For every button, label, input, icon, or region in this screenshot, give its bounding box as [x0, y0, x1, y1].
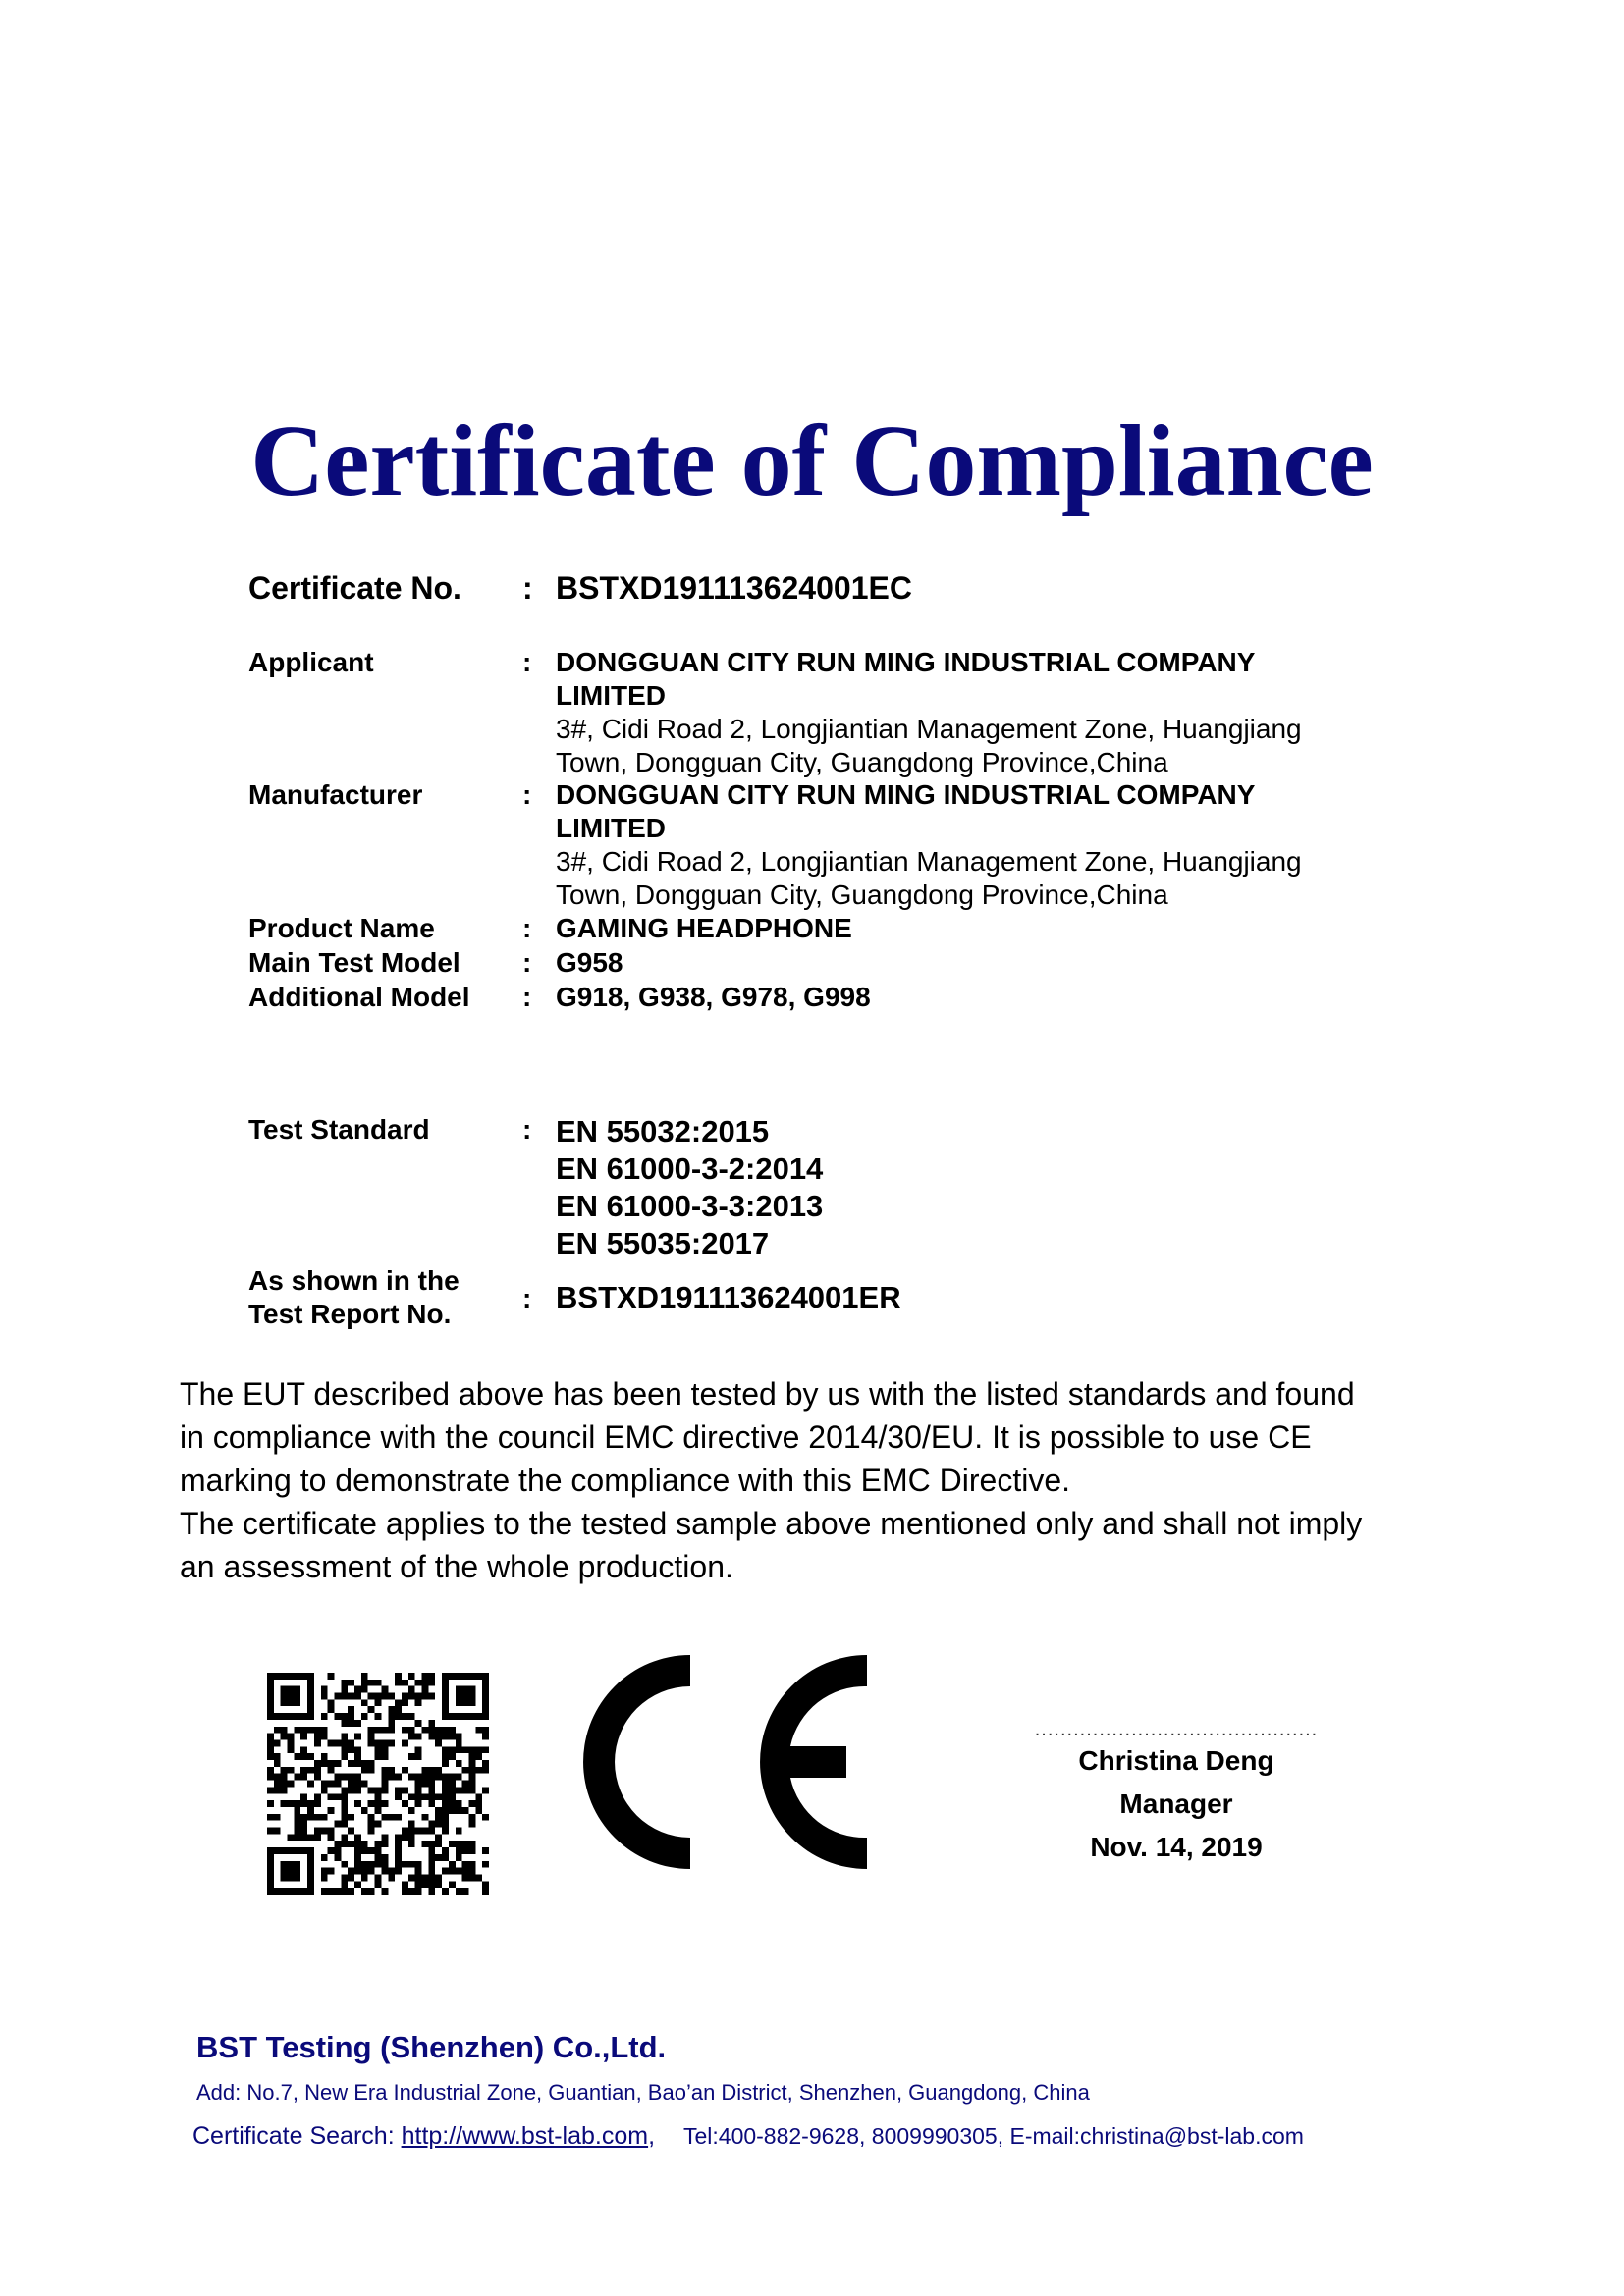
separator: :	[522, 1113, 531, 1147]
manufacturer-address-line1: 3#, Cidi Road 2, Longjiantian Management…	[556, 845, 1371, 879]
signature-date: Nov. 14, 2019	[1029, 1826, 1324, 1869]
separator: :	[522, 1282, 531, 1315]
statement-line: an assessment of the whole production.	[180, 1545, 1456, 1588]
statement-line: marking to demonstrate the compliance wi…	[180, 1459, 1456, 1502]
applicant-label: Applicant	[248, 646, 514, 679]
product-name-value: GAMING HEADPHONE	[556, 912, 1371, 945]
certificate-search-label: Certificate Search:	[192, 2122, 395, 2150]
separator: :	[522, 571, 533, 605]
separator: :	[522, 946, 531, 980]
test-standard-label: Test Standard	[248, 1113, 514, 1147]
test-standard-row: Test Standard : EN 55032:2015 EN 61000-3…	[248, 1113, 1427, 1270]
issuer-address: Add: No.7, New Era Industrial Zone, Guan…	[196, 2080, 1090, 2106]
test-report-label-line2: Test Report No.	[248, 1298, 514, 1331]
test-report-value: BSTXD191113624001ER	[556, 1279, 1371, 1316]
manufacturer-name-line2: LIMITED	[556, 812, 1371, 845]
additional-model-row: Additional Model : G918, G938, G978, G99…	[248, 981, 1427, 1014]
product-name-label: Product Name	[248, 912, 514, 945]
signature-line: ........................................…	[1029, 1720, 1324, 1739]
manufacturer-row: Manufacturer : DONGGUAN CITY RUN MING IN…	[248, 778, 1427, 916]
additional-model-label: Additional Model	[248, 981, 514, 1014]
statement-line: in compliance with the council EMC direc…	[180, 1415, 1456, 1459]
signatory-name: Christina Deng	[1029, 1739, 1324, 1783]
test-report-label: As shown in the Test Report No.	[248, 1264, 514, 1331]
ce-mark-icon	[574, 1655, 874, 1869]
manufacturer-value: DONGGUAN CITY RUN MING INDUSTRIAL COMPAN…	[556, 778, 1371, 912]
certificate-no-label: Certificate No.	[248, 571, 514, 605]
certificate-search: Certificate Search: http://www.bst-lab.c…	[192, 2122, 1304, 2151]
applicant-row: Applicant : DONGGUAN CITY RUN MING INDUS…	[248, 646, 1427, 783]
test-standard-item: EN 55035:2017	[556, 1225, 1371, 1262]
statement-line: The certificate applies to the tested sa…	[180, 1502, 1456, 1545]
manufacturer-label: Manufacturer	[248, 778, 514, 812]
certificate-no-value: BSTXD191113624001EC	[556, 571, 1371, 605]
statement-line: The EUT described above has been tested …	[180, 1372, 1456, 1415]
manufacturer-address-line2: Town, Dongguan City, Guangdong Province,…	[556, 879, 1371, 912]
product-name-row: Product Name : GAMING HEADPHONE	[248, 912, 1427, 945]
test-report-label-line1: As shown in the	[248, 1264, 514, 1298]
test-report-row: As shown in the Test Report No. : BSTXD1…	[248, 1264, 1427, 1333]
test-standard-item: EN 61000-3-2:2014	[556, 1150, 1371, 1188]
additional-model-value: G918, G938, G978, G998	[556, 981, 1371, 1014]
test-standard-list: EN 55032:2015 EN 61000-3-2:2014 EN 61000…	[556, 1113, 1371, 1262]
link-suffix: ,	[648, 2122, 655, 2150]
compliance-statement: The EUT described above has been tested …	[180, 1372, 1456, 1588]
test-standard-item: EN 55032:2015	[556, 1113, 1371, 1150]
applicant-name-line2: LIMITED	[556, 679, 1371, 713]
certificate-search-link[interactable]: http://www.bst-lab.com	[402, 2122, 648, 2150]
issuer-company: BST Testing (Shenzhen) Co.,Ltd.	[196, 2030, 666, 2065]
signature-block: ........................................…	[1029, 1720, 1324, 1869]
main-model-label: Main Test Model	[248, 946, 514, 980]
separator: :	[522, 646, 531, 679]
signatory-title: Manager	[1029, 1783, 1324, 1826]
qr-code-icon	[267, 1673, 489, 1895]
main-model-row: Main Test Model : G958	[248, 946, 1427, 980]
applicant-address-line2: Town, Dongguan City, Guangdong Province,…	[556, 746, 1371, 779]
document-title: Certificate of Compliance	[0, 410, 1624, 512]
main-model-value: G958	[556, 946, 1371, 980]
manufacturer-name-line1: DONGGUAN CITY RUN MING INDUSTRIAL COMPAN…	[556, 778, 1371, 812]
separator: :	[522, 981, 531, 1014]
separator: :	[522, 778, 531, 812]
test-standard-item: EN 61000-3-3:2013	[556, 1188, 1371, 1225]
applicant-name-line1: DONGGUAN CITY RUN MING INDUSTRIAL COMPAN…	[556, 646, 1371, 679]
separator: :	[522, 912, 531, 945]
applicant-address-line1: 3#, Cidi Road 2, Longjiantian Management…	[556, 713, 1371, 746]
applicant-value: DONGGUAN CITY RUN MING INDUSTRIAL COMPAN…	[556, 646, 1371, 779]
issuer-contact: Tel:400-882-9628, 8009990305, E-mail:chr…	[683, 2123, 1304, 2149]
